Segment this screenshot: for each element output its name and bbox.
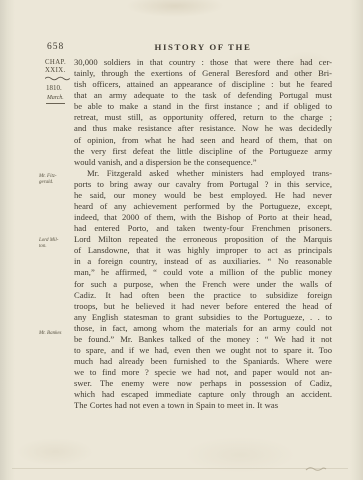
body-line: for such a purpose, when the French were…: [74, 279, 332, 290]
body-line: the very first defeat the little discipl…: [74, 146, 332, 157]
body-line: indeed, that 2000 of them, with the Bish…: [74, 212, 332, 223]
body-line: which had escaped immediate capture only…: [74, 389, 332, 400]
body-line: heard of any achievement performed by th…: [74, 201, 332, 212]
body-line: of Lansdowne, that it was highly imprope…: [74, 245, 332, 256]
note-line: ton.: [39, 244, 47, 249]
body-line: be able to make a stand in the first ins…: [74, 101, 332, 112]
body-line: troops, but he believed it had never bef…: [74, 301, 332, 312]
body-line: would vanish, and a dispersion be the co…: [74, 157, 332, 168]
body-line: we to find more ? specie we had not, and…: [74, 367, 332, 378]
body-line: be found.” Mr. Bankes talked of the mone…: [74, 334, 332, 345]
body-line: Cadiz. It had often been the practice to…: [74, 290, 332, 301]
pencil-mark: [304, 460, 328, 478]
running-header: HISTORY OF THE: [74, 42, 332, 52]
body-line: any English statesman to grant subsidies…: [74, 312, 332, 323]
margin-note-fitzgerald: Mr. Fitz- gerald.: [39, 174, 73, 186]
note-line: Mr. Bankes: [39, 331, 62, 336]
note-line: gerald.: [39, 180, 53, 185]
body-line: had entered Porto, and taken twenty-four…: [74, 223, 332, 234]
body-line: he said, our money would be best employe…: [74, 190, 332, 201]
margin-note-milton: Lord Mil- ton.: [39, 238, 73, 250]
margin-note-bankes: Mr. Bankes: [39, 331, 73, 337]
body-line: Mr. Fitzgerald asked whether ministers h…: [74, 168, 332, 179]
body-line: The Cortes had not even a town in Spain …: [74, 400, 332, 411]
body-line: retreat, must still, as opportunity offe…: [74, 112, 332, 123]
chapter-label: CHAP.: [45, 59, 66, 66]
body-line: tainly, through the exertions of General…: [74, 68, 332, 79]
margin-note-chapter: CHAP. XXIX.: [45, 59, 75, 85]
body-line: those, in fact, among whom the materials…: [74, 323, 332, 334]
body-line: much had already been furnished to the S…: [74, 356, 332, 367]
month-label: March.: [46, 94, 65, 105]
body-line: swer. The enemy were now perhaps in poss…: [74, 378, 332, 389]
body-line: in a foreign country, instead of as auxi…: [74, 256, 332, 267]
chapter-number: XXIX.: [45, 67, 66, 74]
scanned-book-page: 658 HISTORY OF THE CHAP. XXIX. 1810. Mar…: [0, 0, 363, 480]
body-line: Lord Milton repeated the erroneous propo…: [74, 234, 332, 245]
page-number: 658: [47, 42, 64, 52]
body-line: tish officers, attained an appearance of…: [74, 79, 332, 90]
year-label: 1810.: [46, 84, 62, 92]
body-line: ports to bring away our cavalry from Por…: [74, 179, 332, 190]
note-line: Lord Mil-: [39, 238, 58, 243]
body-line: to spare, and if we had, even then we ou…: [74, 345, 332, 356]
body-line: man,” he affirmed, “ could vote a millio…: [74, 267, 332, 278]
page-edge-shadow: [12, 468, 348, 469]
body-line: and thus make resistance after resistanc…: [74, 123, 332, 134]
margin-note-date: 1810. March.: [46, 84, 76, 104]
body-line: of opinion, from what he had seen and he…: [74, 135, 332, 146]
note-line: Mr. Fitz-: [39, 174, 57, 179]
body-line: 30,000 soldiers in that country : those …: [74, 57, 332, 68]
body-line: that an army adequate to the task of def…: [74, 90, 332, 101]
body-text-block: 30,000 soldiers in that country : those …: [74, 57, 332, 412]
